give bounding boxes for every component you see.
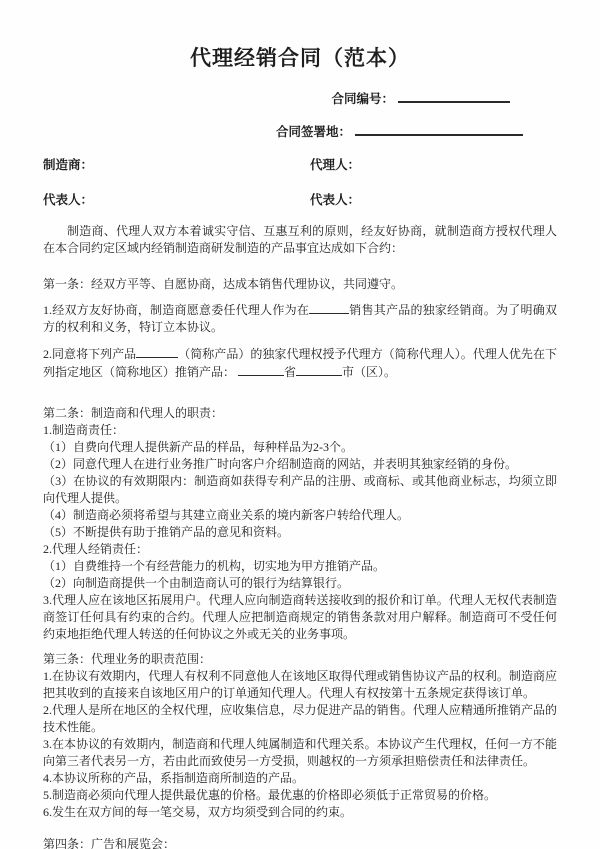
article2-line: （2）同意代理人在进行业务推广时向客户介绍制造商的网站，并表明其独家经销的身份。: [43, 456, 557, 473]
article3-line: 5.制造商必须向代理人提供最优惠的价格。最优惠的价格即必须低于正常贸易的价格。: [43, 787, 557, 804]
article2-line: 3.代理人应在该地区拓展用户。代理人应向制造商转送接收到的报价和订单。代理人无权…: [43, 592, 557, 643]
contract-number-row: 合同编号：: [43, 89, 557, 108]
province-blank-line: [238, 363, 284, 376]
article3-line: 2.代理人是所在地区的全权代理，应收集信息，尽力促进产品的销售。代理人应精通所推…: [43, 702, 557, 736]
article2-line: （3）在协议的有效期限内：制造商如获得专利产品的注册、或商标、或其他商业标志，均…: [43, 473, 557, 507]
preamble-paragraph: 制造商、代理人双方本着诚实守信、互惠互利的原则，经友好协商，就制造商方授权代理人…: [43, 223, 557, 257]
article1-clause2-text-pre: 2.同意将下列产品: [43, 347, 136, 361]
article2-line: （2）向制造商提供一个由制造商认可的银行为结算银行。: [43, 575, 557, 592]
article1-clause2: 2.同意将下列产品（简称产品）的独家代理权授予代理方（简称代理人）。代理人优先在…: [43, 345, 557, 381]
article2-line: （4）制造商必须将希望与其建立商业关系的境内新客户转给代理人。: [43, 507, 557, 524]
signing-place-blank-line: [355, 122, 523, 136]
article2-line: 2.代理人经销责任：: [43, 541, 557, 558]
article2-heading: 第二条：制造商和代理人的职责：: [43, 405, 557, 422]
manufacturer-label: 制造商：: [43, 157, 310, 174]
article2-line: （1）自费维持一个有经营能力的机构，切实地为甲方推销产品。: [43, 558, 557, 575]
document-title: 代理经销合同（范本）: [43, 44, 557, 72]
province-suffix: 省: [284, 365, 296, 379]
article3-line: 6.发生在双方间的每一笔交易，双方均须受到合同的约束。: [43, 804, 557, 821]
article2-line: （1）自费向代理人提供新产品的样品，每种样品为2-3个。: [43, 439, 557, 456]
agent-label: 代理人：: [310, 157, 557, 174]
parties-row-representatives: 代表人： 代表人：: [43, 192, 557, 209]
city-suffix: 市（区）。: [342, 365, 396, 379]
article3-line: 3.在本协议的有效期内，制造商和代理人纯属制造和代理关系。本协议产生代理权，任何…: [43, 736, 557, 770]
signing-place-row: 合同签署地：: [43, 122, 557, 141]
article2-line: 1.制造商责任：: [43, 422, 557, 439]
manufacturer-representative-label: 代表人：: [43, 192, 310, 209]
product-name-blank-line: [136, 345, 178, 358]
article3-heading: 第三条：代理业务的职责范围：: [43, 651, 557, 668]
contract-number-label: 合同编号：: [331, 92, 394, 106]
article3-line: 1.在协议有效期内，代理人有权利不同意他人在该地区取得代理或销售协议产品的权利。…: [43, 668, 557, 702]
agent-representative-label: 代表人：: [310, 192, 557, 209]
article1-clause1-text-pre: 1.经双方友好协商，制造商愿意委任代理人作为在: [43, 303, 309, 317]
city-blank-line: [296, 363, 342, 376]
signing-place-label: 合同签署地：: [276, 125, 351, 139]
article3-line: 4.本协议所称的产品，系指制造商所制造的产品。: [43, 770, 557, 787]
contract-document-page: 代理经销合同（范本） 合同编号： 合同签署地： 制造商： 代理人： 代表人： 代…: [0, 0, 600, 849]
article1-heading: 第一条：经双方平等、自愿协商，达成本销售代理协议，共同遵守。: [43, 276, 557, 293]
article2-line: （5）不断提供有助于推销产品的意见和资料。: [43, 524, 557, 541]
parties-row-names: 制造商： 代理人：: [43, 157, 557, 174]
contract-number-blank-line: [398, 89, 510, 103]
territory-blank-line: [309, 301, 349, 314]
article4-heading: 第四条：广告和展览会：: [43, 836, 557, 849]
article1-clause1: 1.经双方友好协商，制造商愿意委任代理人作为在销售其产品的独家经销商。为了明确双…: [43, 301, 557, 336]
